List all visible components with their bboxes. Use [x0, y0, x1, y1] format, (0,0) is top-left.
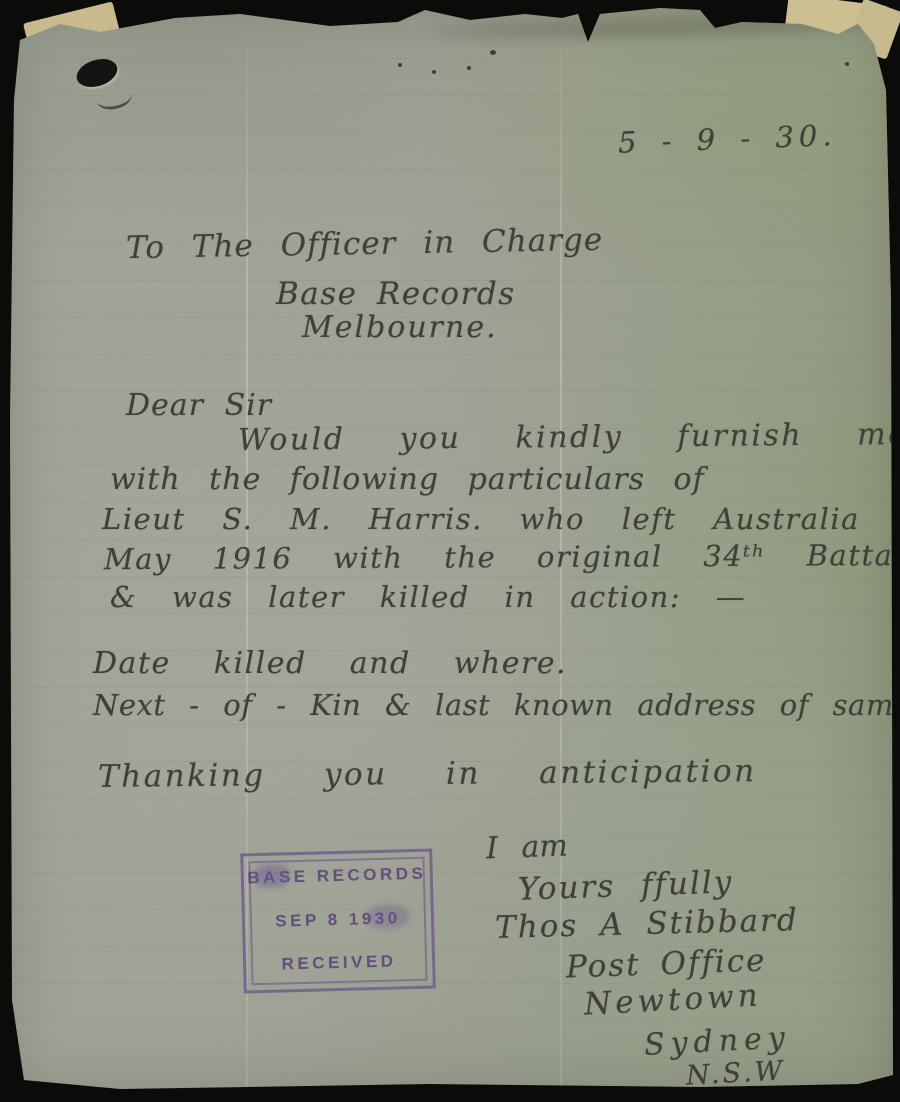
thanks-line: Thanking you in anticipation — [98, 753, 757, 795]
closing-yours: Yours ffully — [517, 864, 733, 907]
stamp-ink-smudge — [253, 863, 290, 888]
body-line-3: Lieut S. M. Harris. who left Australia i… — [102, 502, 900, 536]
ink-speck — [845, 62, 849, 66]
stamp-ink-smudge — [367, 904, 410, 929]
ink-speck — [467, 66, 471, 70]
body-line-5: & was later killed in action: — — [110, 580, 746, 614]
salutation: Dear Sir — [126, 388, 272, 423]
letter-paper: 5 - 9 - 30. To The Officer in Charge Bas… — [0, 0, 900, 1102]
recipient-line-3: Melbourne. — [302, 310, 498, 345]
request-line-1: Date killed and where. — [93, 646, 567, 681]
closing-i-am: I am — [485, 829, 568, 867]
ink-speck — [490, 50, 496, 55]
ink-speck — [432, 70, 436, 74]
body-line-2: with the following particulars of — [110, 462, 705, 497]
scan-background: { "letter": { "date": "5 - 9 - 30.", "re… — [0, 0, 900, 1102]
recipient-line-2: Base Records — [276, 276, 516, 312]
received-stamp: BASE RECORDS SEP 8 1930 RECEIVED — [240, 849, 436, 994]
body-line-4: May 1916 with the original 34ᵗʰ Battalio… — [104, 538, 900, 576]
ink-speck — [398, 63, 402, 67]
request-line-2: Next - of - Kin & last known address of … — [93, 688, 900, 722]
address-nsw: N.S.W — [685, 1055, 786, 1091]
body-line-1: Would you kindly furnish me — [238, 417, 900, 458]
